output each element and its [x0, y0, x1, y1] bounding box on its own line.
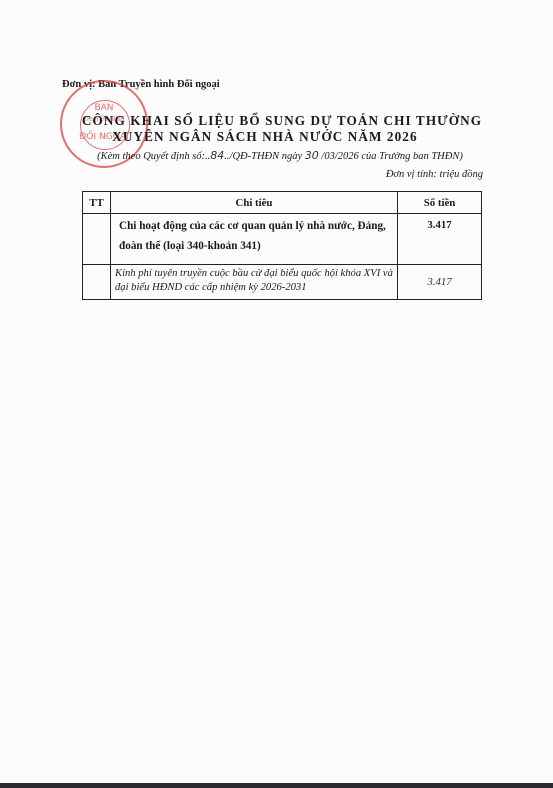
row-desc: Chi hoạt động của các cơ quan quản lý nh…: [111, 214, 398, 265]
header-tt: TT: [83, 192, 111, 214]
header-chi-tieu: Chi tiêu: [111, 192, 398, 214]
row-tt: [83, 214, 111, 265]
table-header-row: TT Chi tiêu Số tiền: [83, 192, 482, 214]
decision-day: 30: [305, 149, 319, 162]
header-so-tien: Số tiền: [398, 192, 482, 214]
budget-table: TT Chi tiêu Số tiền Chi hoạt động của cá…: [82, 191, 482, 300]
row-desc: Kinh phí tuyên truyền cuộc bầu cử đại bi…: [111, 265, 398, 300]
subtitle-prefix: (Kèm theo Quyết định số:..: [97, 151, 210, 162]
document-title-line-2: XUYÊN NGÂN SÁCH NHÀ NƯỚC NĂM 2026: [80, 129, 450, 145]
unit-of-measure: Đơn vị tính: triệu đồng: [386, 169, 483, 180]
viewer-bottom-bar: [0, 783, 553, 788]
row-amount: 3.417: [398, 214, 482, 265]
row-amount: 3.417: [398, 265, 482, 300]
subtitle-middle: ../QĐ-THĐN ngày: [224, 151, 305, 162]
decision-reference: (Kèm theo Quyết định số:..84../QĐ-THĐN n…: [60, 149, 500, 162]
subtitle-suffix: /03/2026 của Trưởng ban THĐN): [319, 151, 463, 162]
row-tt: [83, 265, 111, 300]
table-row: Kinh phí tuyên truyền cuộc bầu cử đại bi…: [83, 265, 482, 300]
document-page: Đơn vị: Ban Truyền hình Đối ngoại BAN TR…: [0, 0, 553, 783]
table-row: Chi hoạt động của các cơ quan quản lý nh…: [83, 214, 482, 265]
document-title-line-1: CÔNG KHAI SỐ LIỆU BỔ SUNG DỰ TOÁN CHI TH…: [72, 113, 492, 129]
decision-number: 84: [210, 149, 224, 162]
stamp-line-1: BAN: [62, 103, 146, 113]
